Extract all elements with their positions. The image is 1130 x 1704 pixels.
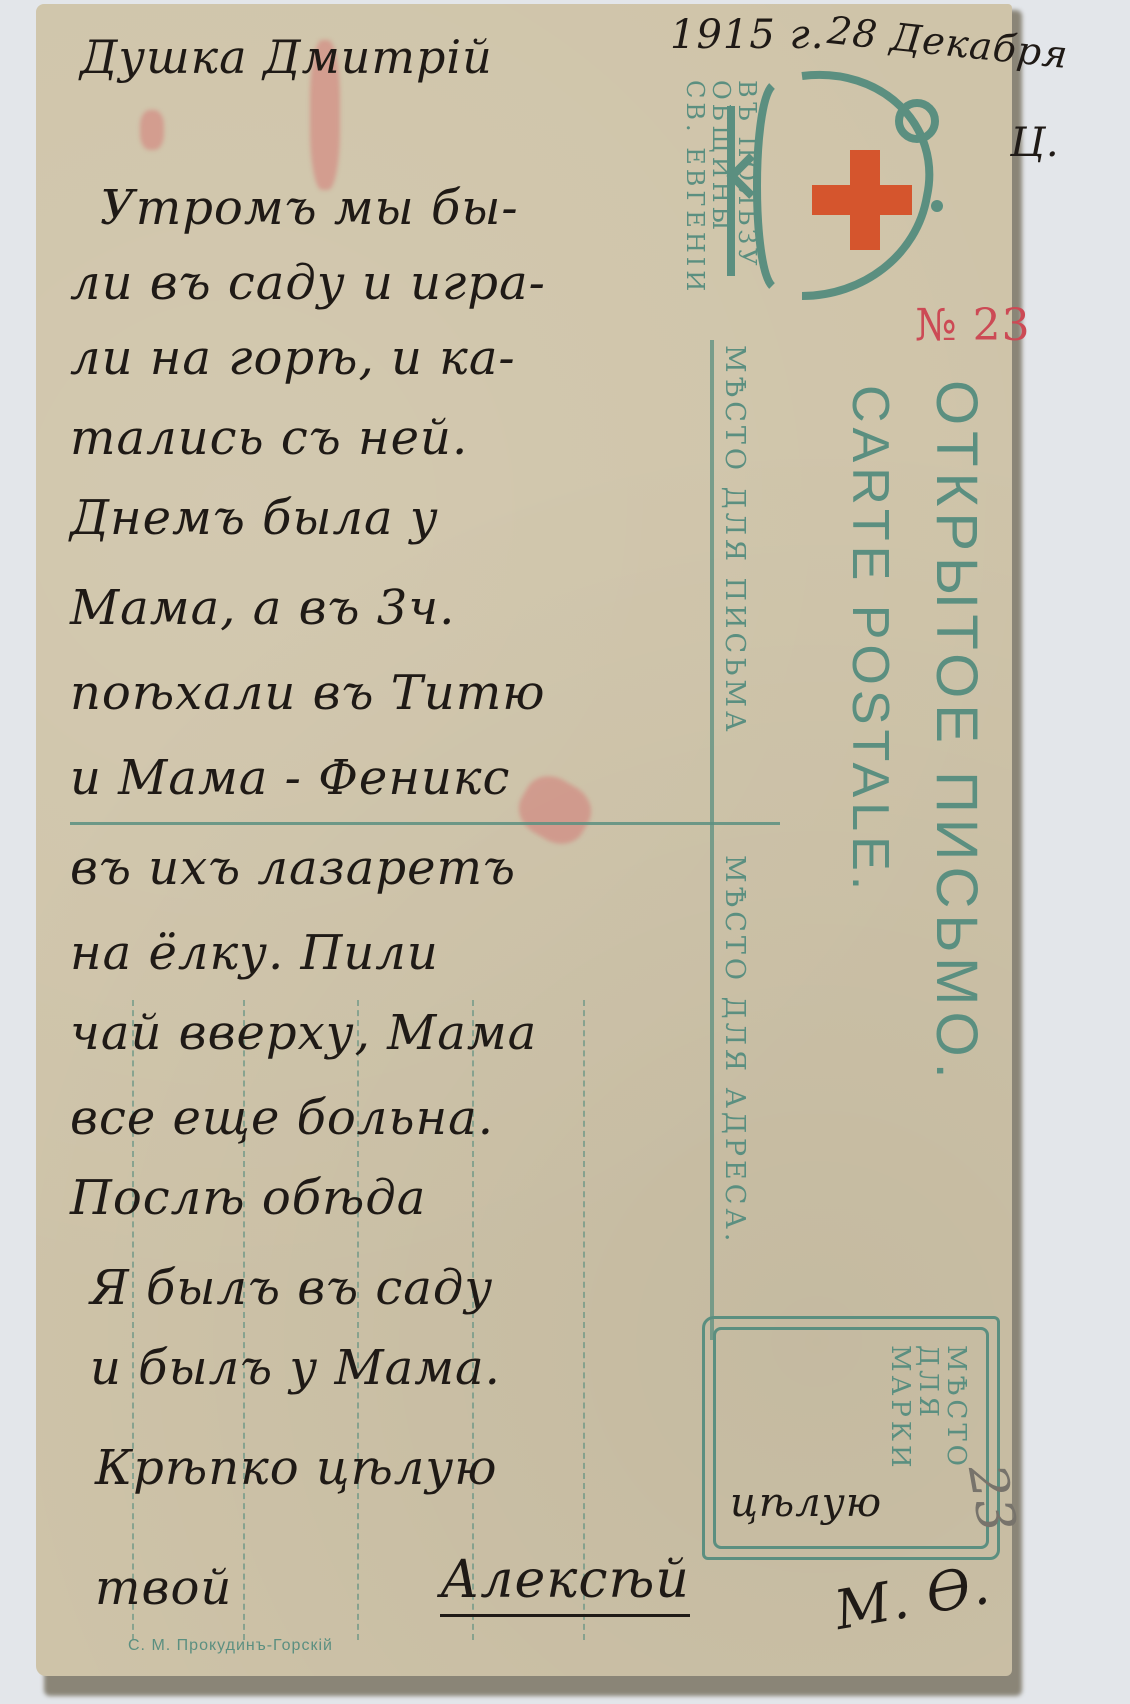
letter-line: Послѣ обѣда [70, 1170, 426, 1226]
letter-line: поѣхали въ Титю [70, 665, 545, 721]
letter-line: чай вверху, Мама [70, 1005, 537, 1061]
column-divider [710, 340, 714, 1340]
letter-line: ли въ саду и игра- [70, 255, 546, 311]
signature-kiss: цѣлую [730, 1480, 882, 1526]
letter-line: ли на горѣ, и ка- [70, 330, 516, 386]
letter-line: твой [95, 1560, 232, 1616]
letter-line: и Мама - Феникс [70, 750, 510, 806]
letter-line: и былъ у Мама. [90, 1340, 501, 1396]
letter-line: въ ихъ лазаретъ [70, 840, 516, 896]
writing-area-label: МѢСТО ДЛЯ ПИСЬМА [719, 345, 750, 736]
letter-line: Мама, а въ 3ч. [70, 580, 455, 636]
letter-line: тались съ ней. [70, 410, 468, 466]
signature-alexei: Алексѣй [440, 1550, 690, 1617]
letter-line: на ёлку. Пили [70, 925, 439, 981]
address-area-label: МѢСТО ДЛЯ АДРЕСА. [719, 855, 750, 1245]
letter-line: Я былъ въ саду [90, 1260, 493, 1316]
pencil-number: 23 [956, 1460, 1027, 1538]
letter-line: Утромъ мы бы- [100, 180, 519, 236]
ink-stain [140, 110, 164, 150]
stamp-box-label: МѢСТО ДЛЯ МАРКИ [886, 1345, 970, 1472]
red-cross-icon [812, 185, 912, 215]
underline-rule [70, 822, 780, 825]
date-place: Ц. [1010, 120, 1060, 166]
letter-line: Днемъ была у [70, 490, 439, 546]
catalog-number: № 23 [915, 300, 1031, 351]
crest-text: ВЪ ПОЛЬЗУ ОБЩИНЫ СВ. ЕВГЕНІИ [682, 80, 760, 295]
title-french: CARTE POSTALE. [840, 385, 900, 895]
greeting: Душка Дмитрій [80, 30, 493, 84]
letter-line: все еще больна. [70, 1090, 494, 1146]
letter-line: Крѣпко цѣлую [95, 1440, 497, 1496]
title-russian: ОТКРЫТОЕ ПИСЬМО. [923, 380, 990, 1085]
publisher-imprint: С. М. Прокудинъ-Горскій [128, 1637, 333, 1655]
dotted-guide [583, 1000, 585, 1640]
date-year: 1915 г. [670, 12, 824, 58]
